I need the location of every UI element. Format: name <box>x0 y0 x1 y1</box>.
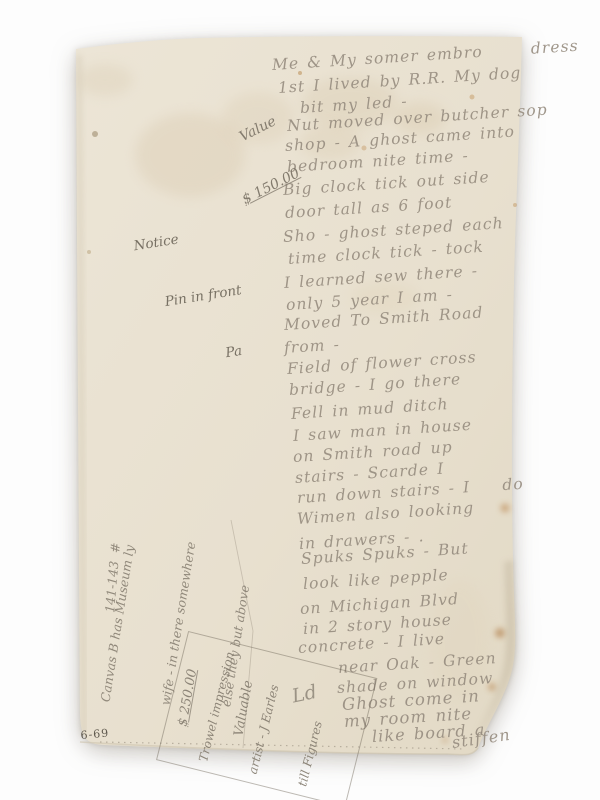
handwriting-line: Trowel impression <box>195 650 239 764</box>
photo-of-handwritten-note: Me & My somer embro dress1st I lived by … <box>0 0 600 800</box>
handwriting-line: Value <box>236 112 279 147</box>
date-code: 6-69 <box>80 726 110 741</box>
handwriting-line: from - <box>283 336 340 357</box>
handwriting-line: Notice <box>132 221 233 256</box>
handwriting-line: $ 150.00 <box>239 163 305 209</box>
handwriting-line: artist - J Earles <box>245 662 289 776</box>
handwriting-line: Pin in front <box>163 280 243 312</box>
handwriting-line: Pa <box>224 339 252 363</box>
